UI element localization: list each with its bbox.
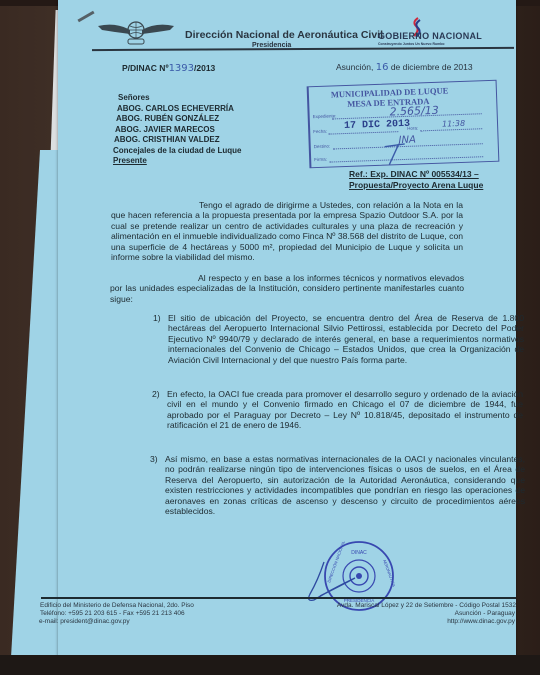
signature-mark [381, 140, 412, 167]
desk-background [0, 655, 540, 675]
svg-text:AERONAUTICA: AERONAUTICA [382, 559, 395, 588]
document-date: Asunción, 16 de diciembre de 2013 [336, 62, 473, 73]
reception-stamp: MUNICIPALIDAD DE LUQUE MESA DE ENTRADA E… [307, 80, 500, 169]
body-paragraph: Al respecto y en base a los informes téc… [110, 273, 464, 304]
numbered-item: 3) Así mismo, en base a estas normativas… [165, 454, 525, 516]
salutation: Señores [118, 93, 150, 104]
document-number: P/DINAC Nº1393/2013 [122, 63, 215, 74]
recipient-role: Concejales de la ciudad de Luque [113, 146, 241, 157]
footer-street: Avda. Mariscal López y 22 de Setiembre -… [337, 602, 516, 610]
recipient-name: ABOG. JAVIER MARECOS [115, 125, 215, 136]
footer-address: Edificio del Ministerio de Defensa Nacio… [40, 602, 194, 610]
footer-phone: Teléfono: +595 21 203 615 - Fax +595 21 … [40, 610, 185, 618]
body-paragraph: Tengo el agrado de dirigirme a Ustedes, … [111, 200, 463, 262]
government-logo-text: GOBIERNO NACIONAL [378, 31, 482, 41]
hora-value: 11:38 [442, 119, 465, 129]
svg-text:DINAC: DINAC [351, 550, 367, 556]
footer-email: e-mail: president@dinac.gov.py [39, 618, 130, 626]
expediente-value: 2.565/13 [389, 104, 439, 119]
footer-divider [41, 597, 516, 599]
handwritten-day: 16 [376, 62, 389, 73]
subject-line: Propuesta/Proyecto Arena Luque [349, 180, 483, 190]
recipient-name: ABOG. CRISTHIAN VALDEZ [114, 135, 220, 146]
footer-website: http://www.dinac.gov.py [447, 618, 515, 626]
handwritten-number: 1393 [169, 63, 194, 74]
numbered-item: 2) En efecto, la OACI fue creada para pr… [167, 389, 523, 431]
fecha-value: 17 DIC 2013 [344, 119, 410, 132]
recipient-name: ABOG. RUBÉN GONZÁLEZ [116, 114, 219, 125]
subject-line: Ref.: Exp. DINAC Nº 005534/13 – [349, 169, 479, 179]
government-slogan: Construyendo Juntos Un Nuevo Rumbo [378, 42, 445, 46]
organization-name: Dirección Nacional de Aeronáutica Civil [185, 29, 383, 41]
aviation-wings-emblem-icon [96, 20, 176, 46]
presente-label: Presente [113, 156, 147, 167]
footer-city: Asunción - Paraguay [455, 610, 515, 618]
recipient-name: ABOG. CARLOS ECHEVERRÍA [117, 104, 234, 115]
numbered-item: 1) El sitio de ubicación del Proyecto, s… [168, 313, 524, 365]
